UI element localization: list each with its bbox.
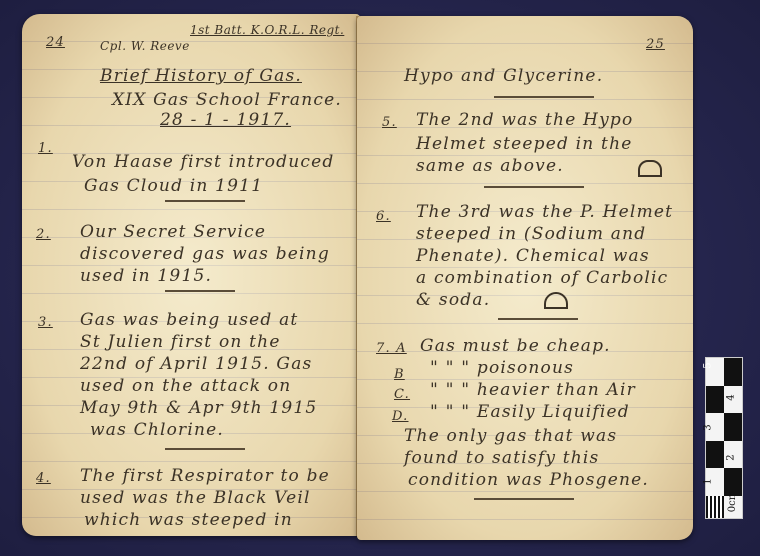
item-line: used in 1915. <box>80 266 212 287</box>
header-signature: Cpl. W. Reeve <box>100 36 190 57</box>
item-line: condition was Phosgene. <box>408 470 649 491</box>
item-line: discovered gas was being <box>80 244 330 265</box>
scale-tick-label: 4 <box>726 394 737 400</box>
item-line: used was the Black Veil <box>80 488 311 509</box>
item-line: found to satisfy this <box>404 448 599 469</box>
item-number: 5. <box>382 112 397 133</box>
item-line: Gas was being used at <box>80 310 298 331</box>
item-number: 4. <box>36 468 51 489</box>
continuation-line: Hypo and Glycerine. <box>404 66 603 87</box>
divider-rule <box>474 498 574 500</box>
item-line: " " " Easily Liquified <box>430 402 630 423</box>
divider-rule <box>498 318 578 320</box>
item-line: Helmet steeped in the <box>416 134 632 155</box>
divider-rule <box>494 96 594 98</box>
item-line: was Chlorine. <box>90 420 224 441</box>
left-page-number: 24 <box>46 32 65 53</box>
scale-tick-label: 3 <box>703 424 714 430</box>
divider-rule <box>165 448 245 450</box>
item-line: Gas Cloud in 1911 <box>84 176 263 197</box>
item-line: which was steeped in <box>84 510 293 531</box>
page-subtitle: XIX Gas School France. <box>112 90 342 111</box>
page-title: Brief History of Gas. <box>100 66 302 87</box>
item-number: 2. <box>36 224 51 245</box>
scale-unit-label: 0cm <box>727 491 738 512</box>
divider-rule <box>484 186 584 188</box>
item-line: The 2nd was the Hypo <box>416 110 633 131</box>
item-line: a combination of Carbolic <box>416 268 668 289</box>
item-line: 22nd of April 1915. Gas <box>80 354 312 375</box>
item-line: same as above. <box>416 156 564 177</box>
item-line: Our Secret Service <box>80 222 266 243</box>
item-line: Von Haase first introduced <box>72 152 334 173</box>
item-line: The only gas that was <box>404 426 617 447</box>
divider-rule <box>165 290 235 292</box>
header-unit: 1st Batt. K.O.R.L. Regt. <box>190 20 344 41</box>
item-line: Gas must be cheap. <box>420 336 611 357</box>
helmet-sketch-icon <box>638 160 662 177</box>
measurement-scale-bar: 5 4 3 2 1 0cm <box>705 357 743 519</box>
item-number: B <box>394 364 405 385</box>
divider-rule <box>165 200 245 202</box>
item-number: 6. <box>376 206 391 227</box>
item-line: The 3rd was the P. Helmet <box>416 202 673 223</box>
item-number: 1. <box>38 138 53 159</box>
scale-tick-label: 5 <box>703 362 714 368</box>
item-number: 3. <box>38 312 53 333</box>
item-number: 7. A <box>376 338 407 359</box>
item-line: St Julien first on the <box>80 332 281 353</box>
scale-tick-label: 2 <box>726 454 737 460</box>
page-date: 28 - 1 - 1917. <box>160 110 291 131</box>
item-line: May 9th & Apr 9th 1915 <box>80 398 317 419</box>
item-number: D. <box>392 406 409 427</box>
p-helmet-sketch-icon <box>544 292 568 309</box>
scale-tick-label: 1 <box>703 478 714 484</box>
item-line: Phenate). Chemical was <box>416 246 650 267</box>
item-line: used on the attack on <box>80 376 291 397</box>
item-line: " " " poisonous <box>430 358 574 379</box>
right-page-number: 25 <box>646 34 665 55</box>
item-line: & soda. <box>416 290 490 311</box>
item-line: steeped in (Sodium and <box>416 224 646 245</box>
item-line: " " " heavier than Air <box>430 380 636 401</box>
item-number: C. <box>394 384 410 405</box>
item-line: The first Respirator to be <box>80 466 330 487</box>
